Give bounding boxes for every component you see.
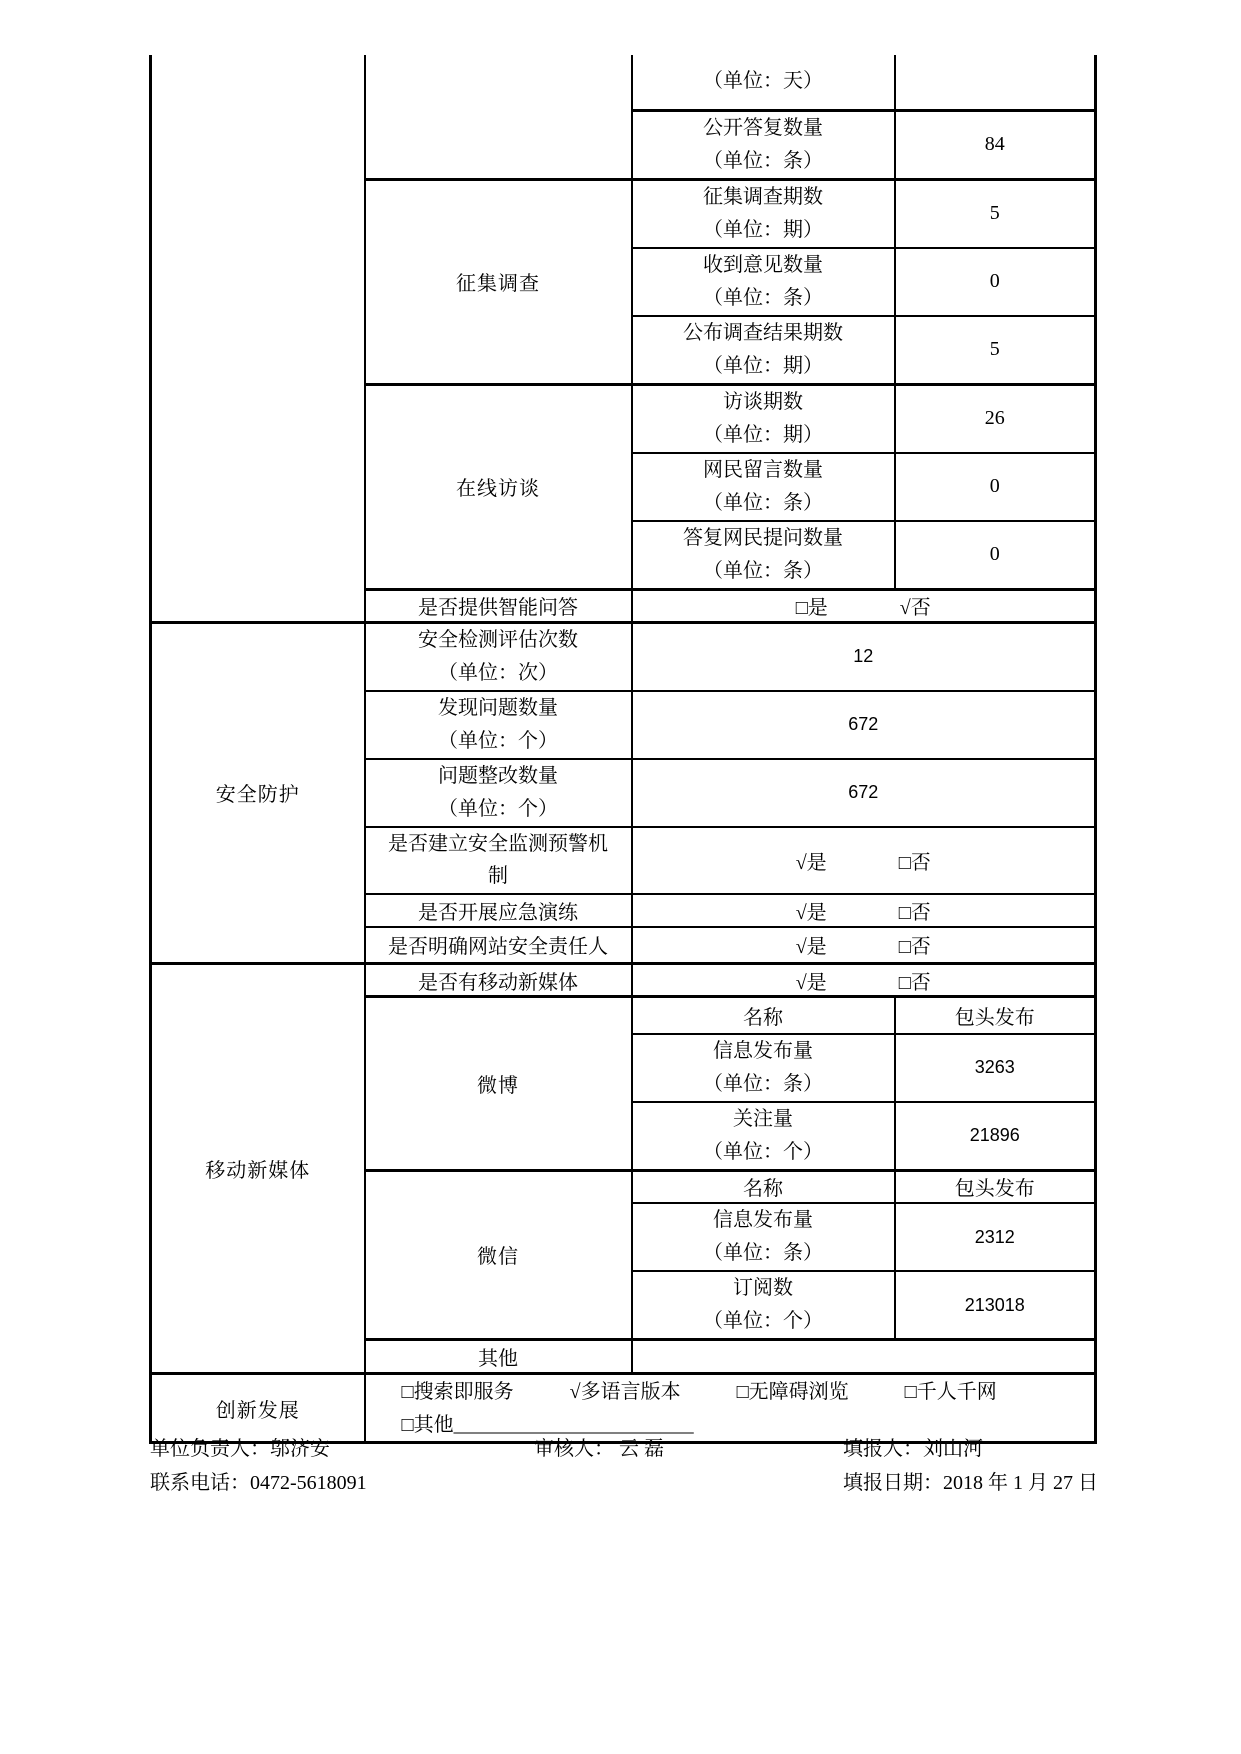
open-reply-value-text: 84	[985, 133, 1005, 155]
footer-reviewer: 审核人： 云 磊	[534, 1432, 664, 1461]
survey-item-0-unit-text: （单位：期）	[633, 214, 894, 247]
smart-qa-label: 是否提供智能问答	[365, 589, 632, 622]
weibo-item-1-label: 关注量 （单位：个）	[632, 1102, 895, 1171]
wechat-name-label: 名称	[632, 1170, 895, 1203]
innovation-options-cell: □搜索即服务 √多语言版本 □无障碍浏览 □千人千网 □其他__________…	[365, 1374, 1096, 1443]
interview-item-2-unit-text: （单位：条）	[633, 555, 894, 588]
wechat-item-0-label: 信息发布量 （单位：条）	[632, 1203, 895, 1271]
security-bool-0-options: √是 □否	[632, 827, 1096, 894]
security-metric-1-value-text: 672	[848, 714, 878, 734]
footer-responsible: 单位负责人：邬济安	[150, 1432, 330, 1461]
survey-item-1-label-text: 收到意见数量	[633, 249, 894, 282]
security-bool-0-no-option: □否	[899, 846, 931, 875]
interview-item-1-unit-text: （单位：条）	[633, 487, 894, 520]
security-metric-2-value-text: 672	[848, 782, 878, 802]
security-metric-2-label: 问题整改数量 （单位：个）	[365, 759, 632, 827]
security-metric-0-label-text: 安全检测评估次数	[366, 624, 631, 657]
survey-item-2-value-text: 5	[990, 338, 1000, 360]
security-bool-1-no-option: □否	[899, 896, 931, 925]
open-reply-label-text: 公开答复数量	[633, 112, 894, 145]
interview-item-2-value-text: 0	[990, 543, 1000, 565]
innovation-option-3: □千人千网	[905, 1375, 997, 1409]
interview-item-0-value-text: 26	[985, 407, 1005, 429]
security-bool-2-options: √是 □否	[632, 927, 1096, 964]
security-bool-1-label: 是否开展应急演练	[365, 894, 632, 927]
interview-item-1-label: 网民留言数量 （单位：条）	[632, 453, 895, 521]
interview-item-2-label-text: 答复网民提问数量	[633, 522, 894, 555]
wechat-item-1-value-text: 213018	[965, 1295, 1025, 1315]
open-reply-unit-text: （单位：条）	[633, 145, 894, 178]
security-metric-1-label: 发现问题数量 （单位：个）	[365, 691, 632, 759]
interview-item-2-label: 答复网民提问数量 （单位：条）	[632, 521, 895, 590]
open-reply-label: 公开答复数量 （单位：条）	[632, 110, 895, 179]
security-metric-0-value: 12	[632, 622, 1096, 691]
weibo-item-0-label-text: 信息发布量	[633, 1035, 894, 1068]
security-bool-0-label: 是否建立安全监测预警机制	[365, 827, 632, 894]
security-bool-0-yes-option: √是	[796, 846, 827, 875]
weibo-item-1-value: 21896	[895, 1102, 1096, 1171]
security-metric-2-unit-text: （单位：个）	[366, 793, 631, 826]
section-interaction-continuation	[151, 55, 365, 622]
survey-item-1-value: 0	[895, 248, 1096, 316]
innovation-other-line: □其他________________________	[402, 1409, 1095, 1441]
innovation-option-1: √多语言版本	[570, 1375, 681, 1409]
security-metric-2-value: 672	[632, 759, 1096, 827]
interview-item-1-value-text: 0	[990, 475, 1000, 497]
security-metric-1-value: 672	[632, 691, 1096, 759]
weibo-name-label: 名称	[632, 997, 895, 1034]
survey-item-1-label: 收到意见数量 （单位：条）	[632, 248, 895, 316]
has-new-media-options: √是 □否	[632, 964, 1096, 997]
security-metric-1-label-text: 发现问题数量	[366, 692, 631, 725]
weibo-item-1-unit-text: （单位：个）	[633, 1136, 894, 1169]
security-bool-2-yes-option: √是	[796, 930, 827, 959]
other-media-label: 其他	[365, 1340, 632, 1374]
security-metric-2-label-text: 问题整改数量	[366, 760, 631, 793]
security-bool-1-yes-option: √是	[796, 896, 827, 925]
innovation-options-line: □搜索即服务 √多语言版本 □无障碍浏览 □千人千网	[402, 1375, 1095, 1409]
wechat-name-value: 包头发布	[895, 1170, 1096, 1203]
security-metric-0-unit-text: （单位：次）	[366, 657, 631, 690]
weibo-item-0-label: 信息发布量 （单位：条）	[632, 1034, 895, 1102]
security-bool-2-label: 是否明确网站安全责任人	[365, 927, 632, 964]
interview-item-0-value: 26	[895, 384, 1096, 453]
section-new-media-label: 移动新媒体	[151, 964, 365, 1374]
has-new-media-no-option: □否	[899, 966, 931, 995]
footer-date: 填报日期：2018 年 1 月 27 日	[843, 1466, 1098, 1495]
innovation-option-2: □无障碍浏览	[737, 1375, 849, 1409]
subsection-continuation	[365, 55, 632, 179]
innovation-option-0: □搜索即服务	[402, 1375, 514, 1409]
carryover-unit-text: （单位：天）	[633, 65, 894, 98]
security-bool-2-no-option: □否	[899, 930, 931, 959]
survey-item-2-unit-text: （单位：期）	[633, 350, 894, 383]
wechat-item-0-unit-text: （单位：条）	[633, 1237, 894, 1270]
security-metric-0-label: 安全检测评估次数 （单位：次）	[365, 622, 632, 691]
carryover-unit-label: （单位：天）	[632, 55, 895, 110]
weibo-item-1-value-text: 21896	[970, 1125, 1020, 1145]
footer-filler: 填报人：刘山河	[843, 1432, 983, 1461]
security-metric-0-value-text: 12	[853, 646, 873, 666]
weibo-item-0-value-text: 3263	[975, 1057, 1015, 1077]
wechat-item-1-label: 订阅数 （单位：个）	[632, 1271, 895, 1340]
weibo-group-label: 微博	[365, 997, 632, 1171]
survey-item-0-label-text: 征集调查期数	[633, 181, 894, 214]
interview-item-1-value: 0	[895, 453, 1096, 521]
has-new-media-label: 是否有移动新媒体	[365, 964, 632, 997]
open-reply-value: 84	[895, 110, 1096, 179]
weibo-item-0-value: 3263	[895, 1034, 1096, 1102]
carryover-value	[895, 55, 1096, 110]
survey-item-1-value-text: 0	[990, 270, 1000, 292]
has-new-media-yes-option: √是	[796, 966, 827, 995]
weibo-item-0-unit-text: （单位：条）	[633, 1068, 894, 1101]
wechat-item-0-value: 2312	[895, 1203, 1096, 1271]
weibo-item-1-label-text: 关注量	[633, 1103, 894, 1136]
survey-item-2-label: 公布调查结果期数 （单位：期）	[632, 316, 895, 385]
smart-qa-options: □是 √否	[632, 589, 1096, 622]
survey-item-2-value: 5	[895, 316, 1096, 385]
smart-qa-yes-option: □是	[796, 591, 828, 620]
section-security-label: 安全防护	[151, 622, 365, 964]
report-page: （单位：天） 公开答复数量 （单位：条） 84 征集调查 征集调查期数 （单位：…	[0, 0, 1241, 1754]
interview-group-label: 在线访谈	[365, 384, 632, 589]
security-bool-0-label-text: 是否建立安全监测预警机制	[366, 828, 631, 892]
wechat-item-1-value: 213018	[895, 1271, 1096, 1340]
survey-item-2-label-text: 公布调查结果期数	[633, 317, 894, 350]
interview-item-2-value: 0	[895, 521, 1096, 590]
smart-qa-no-option: √否	[900, 591, 931, 620]
footer-phone: 联系电话：0472-5618091	[150, 1466, 367, 1495]
interview-item-0-unit-text: （单位：期）	[633, 419, 894, 452]
survey-item-1-unit-text: （单位：条）	[633, 282, 894, 315]
other-media-value	[632, 1340, 1096, 1374]
wechat-item-1-unit-text: （单位：个）	[633, 1305, 894, 1338]
survey-group-label: 征集调查	[365, 179, 632, 384]
security-metric-1-unit-text: （单位：个）	[366, 725, 631, 758]
survey-item-0-value-text: 5	[990, 202, 1000, 224]
wechat-item-1-label-text: 订阅数	[633, 1272, 894, 1305]
wechat-item-0-label-text: 信息发布量	[633, 1204, 894, 1237]
security-bool-1-options: √是 □否	[632, 894, 1096, 927]
report-table: （单位：天） 公开答复数量 （单位：条） 84 征集调查 征集调查期数 （单位：…	[149, 55, 1097, 1444]
wechat-item-0-value-text: 2312	[975, 1227, 1015, 1247]
weibo-name-value: 包头发布	[895, 997, 1096, 1034]
survey-item-0-label: 征集调查期数 （单位：期）	[632, 179, 895, 248]
survey-item-0-value: 5	[895, 179, 1096, 248]
interview-item-0-label-text: 访谈期数	[633, 386, 894, 419]
interview-item-0-label: 访谈期数 （单位：期）	[632, 384, 895, 453]
innovation-other-option: □其他	[402, 1414, 454, 1436]
interview-item-1-label-text: 网民留言数量	[633, 454, 894, 487]
wechat-group-label: 微信	[365, 1170, 632, 1340]
